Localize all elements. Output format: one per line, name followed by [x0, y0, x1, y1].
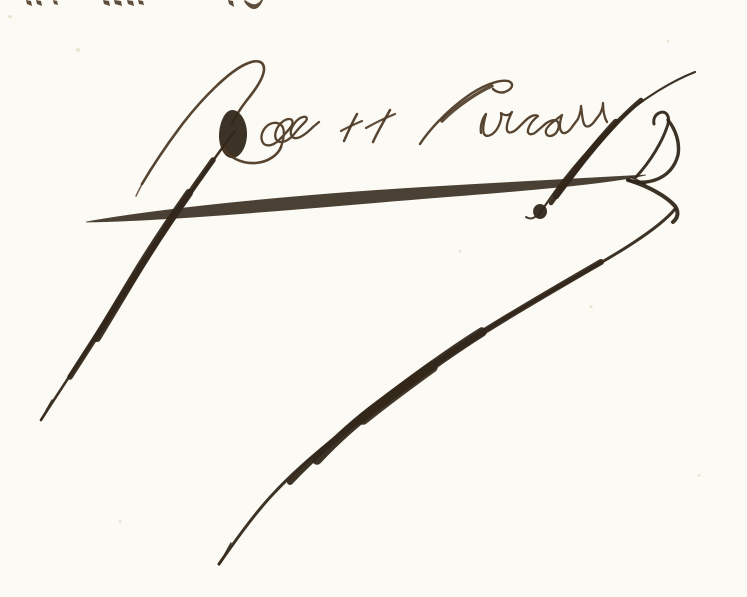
signature-strokes	[8, 0, 701, 565]
f-ascender-slash-outline	[538, 72, 695, 216]
r-descender-slash-tip	[41, 400, 52, 420]
signature-scan	[0, 0, 747, 597]
grand-sweep-mid	[290, 262, 601, 482]
capital-r-loop	[142, 61, 264, 184]
paraph-curl-top	[636, 112, 669, 177]
letters-urcouf	[481, 103, 607, 136]
top-edge-text-fragments	[26, 0, 263, 9]
paraph-curl-right	[628, 120, 679, 182]
signature-figure	[0, 0, 747, 597]
letter-t-mark	[373, 110, 390, 142]
signature-svg	[0, 0, 747, 597]
capital-r-loop-tip	[136, 184, 142, 196]
capital-s-swash	[420, 81, 512, 144]
paper-speckles	[8, 15, 701, 523]
grand-sweep-core-thick	[363, 367, 432, 419]
grand-sweep-outline	[219, 209, 675, 564]
letters-obert	[261, 117, 319, 147]
f-slash-end-hook	[526, 217, 535, 219]
grand-sweep-tip	[219, 543, 231, 565]
